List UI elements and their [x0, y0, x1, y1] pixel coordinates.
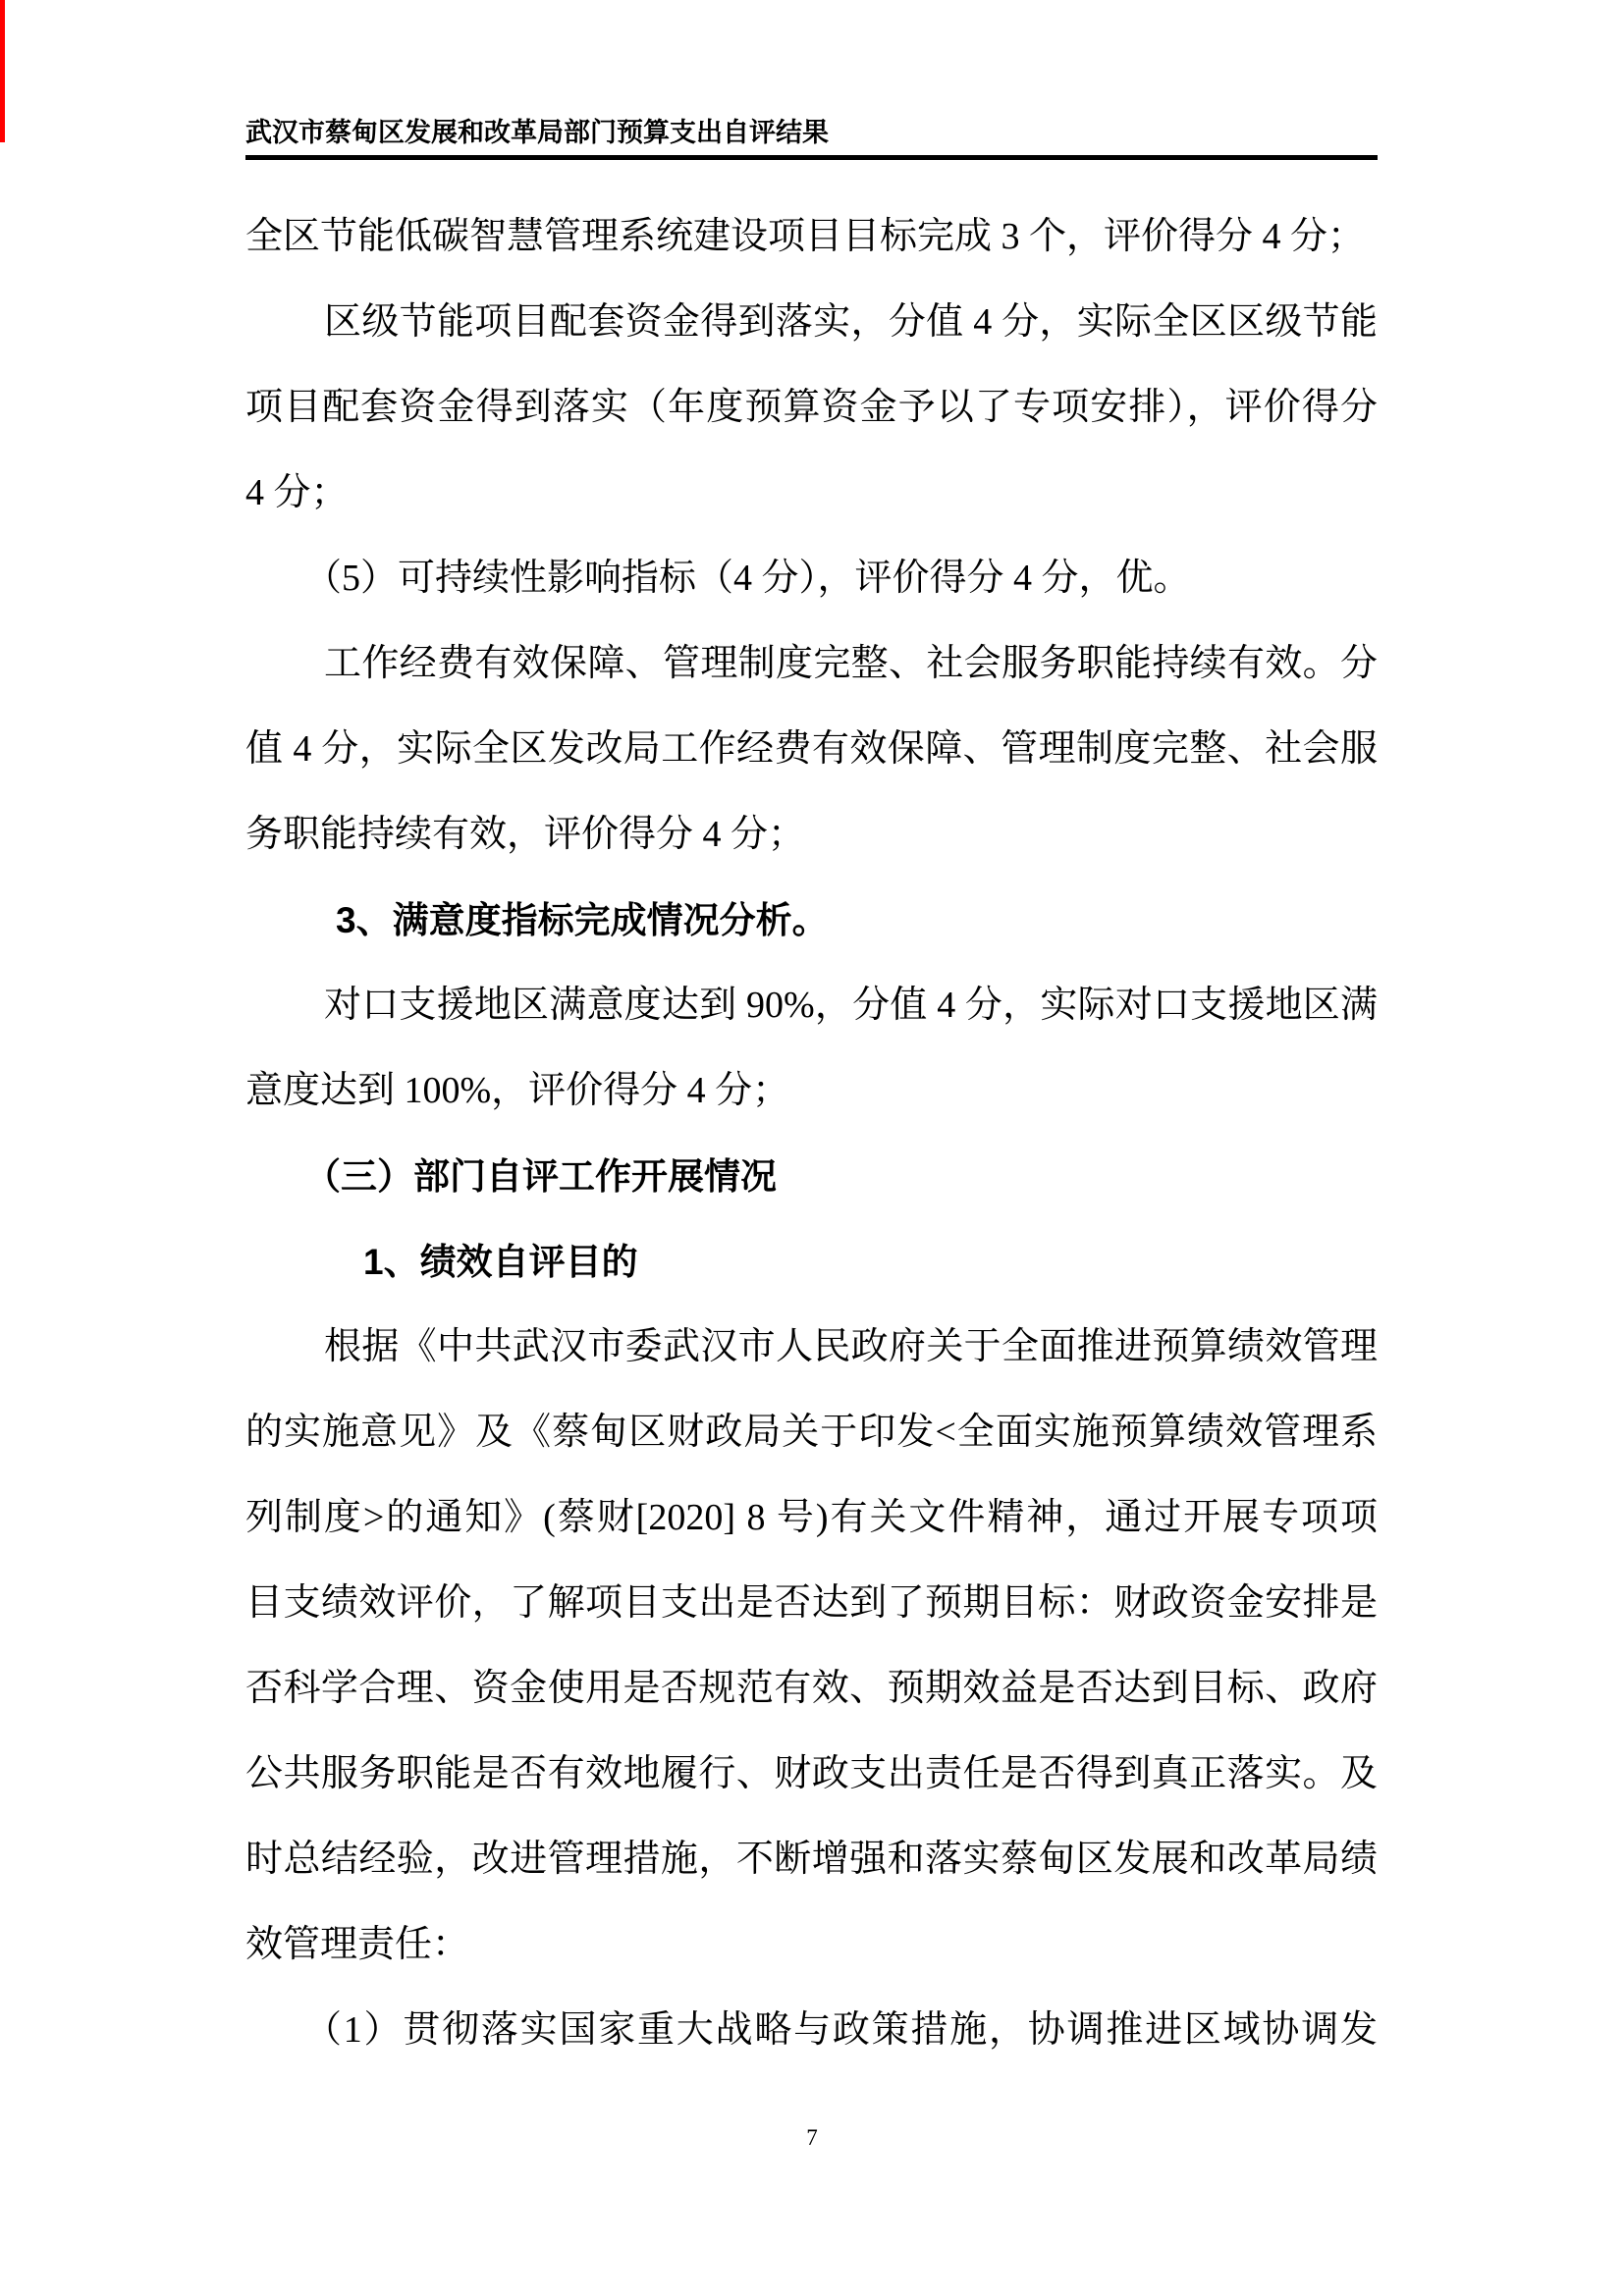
document-body: 全区节能低碳智慧管理系统建设项目目标完成 3 个，评价得分 4 分；区级节能项目…	[245, 194, 1378, 2073]
body-line: 意度达到 100%，评价得分 4 分；	[245, 1048, 1378, 1134]
body-line: 否科学合理、资金使用是否规范有效、预期效益是否达到目标、政府	[245, 1646, 1378, 1732]
page-number: 7	[0, 2123, 1624, 2153]
body-line: 列制度>的通知》(蔡财[2020] 8 号)有关文件精神，通过开展专项项	[245, 1475, 1378, 1561]
body-line: 1、绩效自评目的	[245, 1219, 1378, 1305]
body-line: 务职能持续有效，评价得分 4 分；	[245, 792, 1378, 878]
body-line: 时总结经验，改进管理措施，不断增强和落实蔡甸区发展和改革局绩	[245, 1817, 1378, 1902]
document-header-title: 武汉市蔡甸区发展和改革局部门预算支出自评结果	[245, 116, 1378, 149]
body-line: 效管理责任：	[245, 1902, 1378, 1988]
body-line: 工作经费有效保障、管理制度完整、社会服务职能持续有效。分	[245, 621, 1378, 707]
body-line: 区级节能项目配套资金得到落实，分值 4 分，实际全区区级节能	[245, 280, 1378, 365]
body-line: 对口支援地区满意度达到 90%，分值 4 分，实际对口支援地区满	[245, 963, 1378, 1048]
body-line: 4 分；	[245, 451, 1378, 536]
body-line: 全区节能低碳智慧管理系统建设项目目标完成 3 个，评价得分 4 分；	[245, 194, 1378, 280]
header-underline	[245, 155, 1378, 160]
body-line: 公共服务职能是否有效地履行、财政支出责任是否得到真正落实。及	[245, 1732, 1378, 1817]
body-line: （5）可持续性影响指标（4 分），评价得分 4 分，优。	[245, 536, 1378, 621]
body-line: 目支绩效评价，了解项目支出是否达到了预期目标：财政资金安排是	[245, 1561, 1378, 1646]
body-line: 值 4 分，实际全区发改局工作经费有效保障、管理制度完整、社会服	[245, 707, 1378, 792]
document-page: 武汉市蔡甸区发展和改革局部门预算支出自评结果 全区节能低碳智慧管理系统建设项目目…	[0, 0, 1624, 2296]
body-line: 项目配套资金得到落实（年度预算资金予以了专项安排），评价得分	[245, 365, 1378, 451]
body-line: （三）部门自评工作开展情况	[245, 1134, 1378, 1219]
body-line: （1）贯彻落实国家重大战略与政策措施，协调推进区域协调发	[245, 1988, 1378, 2073]
body-line: 的实施意见》及《蔡甸区财政局关于印发<全面实施预算绩效管理系	[245, 1390, 1378, 1475]
body-line: 根据《中共武汉市委武汉市人民政府关于全面推进预算绩效管理	[245, 1305, 1378, 1390]
red-edge-mark	[0, 0, 5, 142]
body-line: 3、满意度指标完成情况分析。	[245, 878, 1378, 963]
